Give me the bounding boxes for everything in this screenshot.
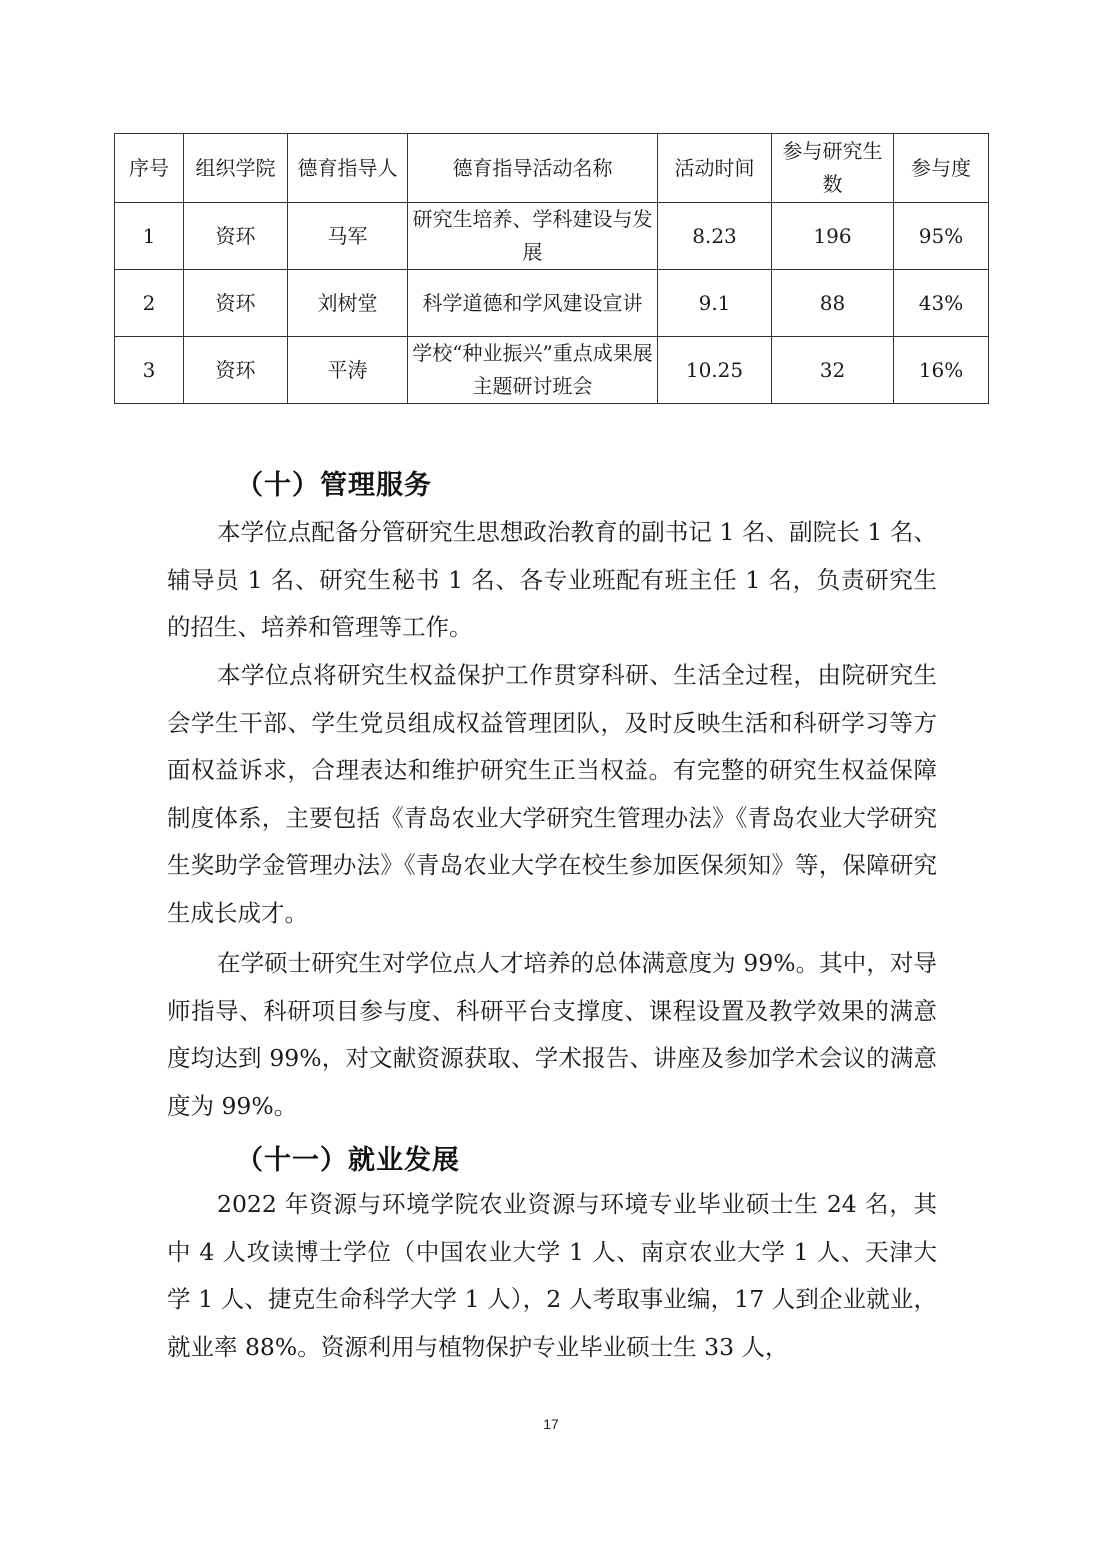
mentoring-activities-table: 序号 组织学院 德育指导人 德育指导活动名称 活动时间 参与研究生数 参与度 1… bbox=[114, 133, 989, 404]
section-heading-employment: （十一）就业发展 bbox=[236, 1138, 460, 1177]
header-time: 活动时间 bbox=[658, 134, 772, 203]
header-mentor: 德育指导人 bbox=[288, 134, 408, 203]
page-number: 17 bbox=[0, 1416, 1102, 1432]
table-row: 3 资环 平涛 学校“种业振兴”重点成果展主题研讨班会 10.25 32 16% bbox=[115, 337, 989, 404]
cell-mentor: 刘树堂 bbox=[288, 270, 408, 337]
cell-college: 资环 bbox=[184, 203, 288, 270]
cell-index: 2 bbox=[115, 270, 184, 337]
cell-activity: 研究生培养、学科建设与发展 bbox=[408, 203, 658, 270]
cell-count: 88 bbox=[772, 270, 894, 337]
cell-index: 3 bbox=[115, 337, 184, 404]
cell-activity: 科学道德和学风建设宣讲 bbox=[408, 270, 658, 337]
cell-index: 1 bbox=[115, 203, 184, 270]
section-heading-management-services: （十）管理服务 bbox=[236, 463, 432, 502]
paragraph-staffing: 本学位点配备分管研究生思想政治教育的副书记 1 名、副院长 1 名、辅导员 1 … bbox=[167, 509, 937, 652]
cell-college: 资环 bbox=[184, 337, 288, 404]
table-row: 2 资环 刘树堂 科学道德和学风建设宣讲 9.1 88 43% bbox=[115, 270, 989, 337]
cell-activity: 学校“种业振兴”重点成果展主题研讨班会 bbox=[408, 337, 658, 404]
header-rate: 参与度 bbox=[894, 134, 989, 203]
header-activity: 德育指导活动名称 bbox=[408, 134, 658, 203]
table-header-row: 序号 组织学院 德育指导人 德育指导活动名称 活动时间 参与研究生数 参与度 bbox=[115, 134, 989, 203]
cell-rate: 16% bbox=[894, 337, 989, 404]
cell-college: 资环 bbox=[184, 270, 288, 337]
cell-time: 9.1 bbox=[658, 270, 772, 337]
cell-rate: 43% bbox=[894, 270, 989, 337]
cell-mentor: 马军 bbox=[288, 203, 408, 270]
cell-mentor: 平涛 bbox=[288, 337, 408, 404]
paragraph-employment: 2022 年资源与环境学院农业资源与环境专业毕业硕士生 24 名，其中 4 人攻… bbox=[167, 1181, 937, 1371]
header-index: 序号 bbox=[115, 134, 184, 203]
table-row: 1 资环 马军 研究生培养、学科建设与发展 8.23 196 95% bbox=[115, 203, 989, 270]
header-college: 组织学院 bbox=[184, 134, 288, 203]
paragraph-rights-protection: 本学位点将研究生权益保护工作贯穿科研、生活全过程，由院研究生会学生干部、学生党员… bbox=[167, 652, 937, 937]
cell-time: 8.23 bbox=[658, 203, 772, 270]
paragraph-satisfaction: 在学硕士研究生对学位点人才培养的总体满意度为 99%。其中，对导师指导、科研项目… bbox=[167, 940, 937, 1130]
cell-count: 196 bbox=[772, 203, 894, 270]
cell-rate: 95% bbox=[894, 203, 989, 270]
cell-count: 32 bbox=[772, 337, 894, 404]
header-count: 参与研究生数 bbox=[772, 134, 894, 203]
cell-time: 10.25 bbox=[658, 337, 772, 404]
